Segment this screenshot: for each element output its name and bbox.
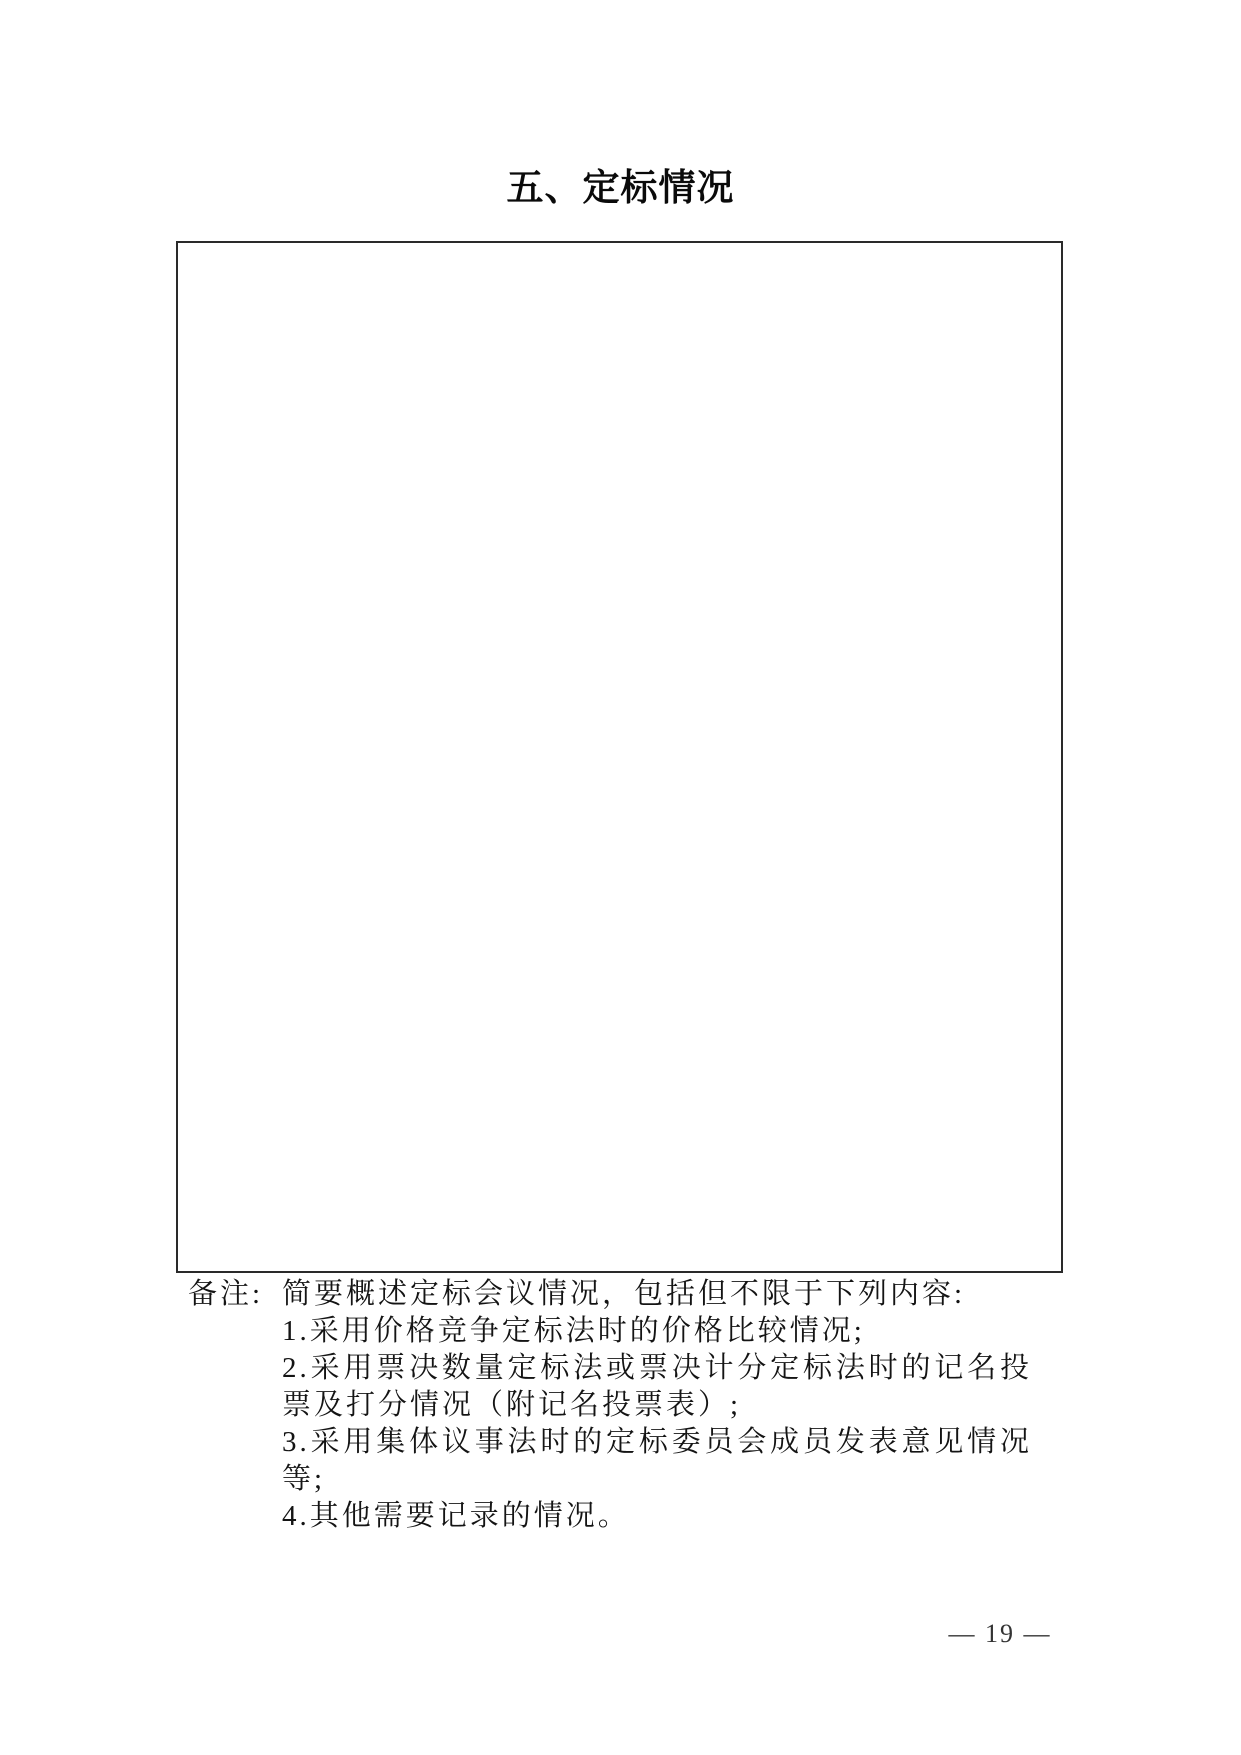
note-item: 1.采用价格竞争定标法时的价格比较情况; <box>282 1313 1032 1350</box>
note-item: 4.其他需要记录的情况。 <box>282 1498 1032 1535</box>
note-item: 3.采用集体议事法时的定标委员会成员发表意见情况等; <box>282 1424 1032 1498</box>
remarks-section: 备注: 简要概述定标会议情况，包括但不限于下列内容: 1.采用价格竞争定标法时的… <box>188 1276 1065 1535</box>
remarks-intro: 简要概述定标会议情况，包括但不限于下列内容: <box>282 1276 1032 1313</box>
remarks-label: 备注: <box>188 1276 282 1313</box>
page-title: 五、定标情况 <box>0 166 1241 210</box>
page-number: — 19 — <box>938 1618 1062 1650</box>
document-page: 五、定标情况 备注: 简要概述定标会议情况，包括但不限于下列内容: 1.采用价格… <box>0 0 1241 1755</box>
content-box <box>176 241 1063 1273</box>
note-item: 2.采用票决数量定标法或票决计分定标法时的记名投票及打分情况（附记名投票表）; <box>282 1350 1032 1424</box>
remarks-content: 简要概述定标会议情况，包括但不限于下列内容: 1.采用价格竞争定标法时的价格比较… <box>282 1276 1032 1535</box>
